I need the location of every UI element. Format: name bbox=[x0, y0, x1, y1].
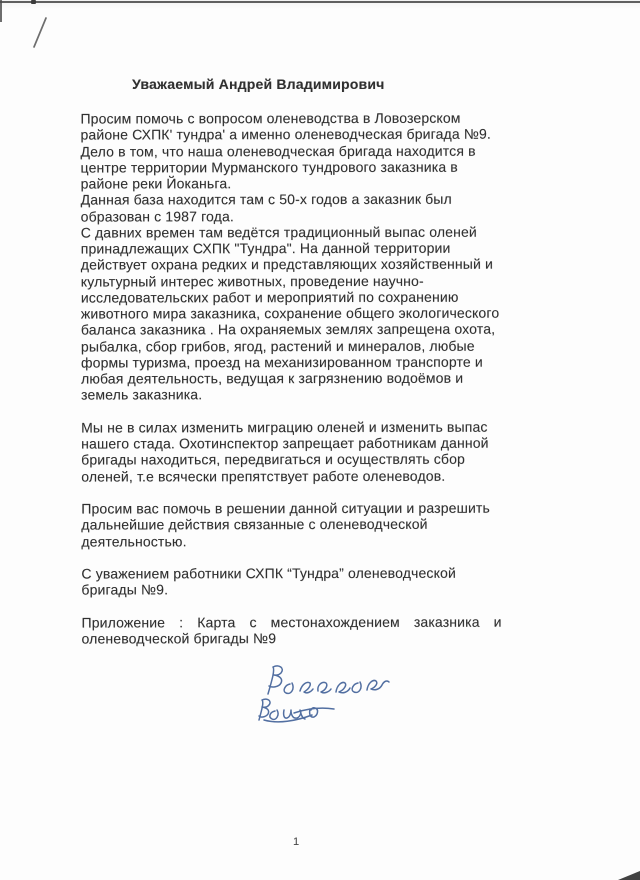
text-line: дальнейшие действия связанные с оленевод… bbox=[81, 516, 567, 533]
text-line: рыбалка, сбор грибов, ягод, растений и м… bbox=[81, 337, 567, 354]
signature-ink-strokes bbox=[254, 662, 404, 732]
paragraph: Приложение : Карта с местонахождением за… bbox=[81, 613, 567, 647]
text-line: земель заказника. bbox=[81, 386, 567, 403]
text-line: любая деятельность, ведущая к загрязнени… bbox=[81, 369, 567, 386]
text-line: культурный интерес животных, проведение … bbox=[81, 272, 567, 289]
text-line: С давних времен там ведётся традиционный… bbox=[81, 223, 567, 240]
pen-check-mark bbox=[0, 0, 70, 70]
page-number: 1 bbox=[289, 836, 303, 848]
salutation: Уважаемый Андрей Владимирович bbox=[132, 76, 384, 92]
text-line: нашего стада. Охотинспектор запрещает ра… bbox=[81, 434, 567, 451]
text-line: принадлежащих СХПК "Тундра". На данной т… bbox=[81, 239, 567, 256]
text-line: оленеводческой бригады №9 bbox=[82, 629, 568, 646]
text-line: действует охрана редких и представляющих… bbox=[81, 256, 567, 273]
paragraph: Просим вас помочь в решении данной ситуа… bbox=[81, 499, 567, 549]
scan-artifact-top-edge bbox=[0, 1, 640, 3]
text-line: Данная база находится там с 50-х годов а… bbox=[81, 191, 567, 208]
text-line: центре территории Мурманского тундрового… bbox=[81, 158, 567, 175]
text-line: исследовательских работ и мероприятий по… bbox=[81, 288, 567, 305]
text-line: деятельностью. bbox=[81, 532, 567, 549]
text-line: формы туризма, проезд на механизированно… bbox=[81, 353, 567, 370]
text-line: Просим вас помочь в решении данной ситуа… bbox=[81, 499, 567, 516]
text-line: Приложение : Карта с местонахождением за… bbox=[81, 613, 567, 630]
scanned-letter-page: Уважаемый Андрей Владимирович Просим пом… bbox=[0, 0, 640, 880]
text-line: бригады находиться, передвигаться и осущ… bbox=[81, 451, 567, 468]
text-line: С уважением работники СХПК “Тундра” олен… bbox=[81, 564, 567, 581]
paragraph: С уважением работники СХПК “Тундра” олен… bbox=[81, 564, 567, 598]
text-line: Дело в том, что наша оленеводческая бриг… bbox=[80, 142, 566, 159]
text-line: Мы не в силах изменить миграцию оленей и… bbox=[81, 418, 567, 435]
text-line: образован с 1987 года. bbox=[81, 207, 567, 224]
handwritten-signature: Богеров Боцв bbox=[254, 662, 404, 732]
letter-body: Просим помочь с вопросом оленеводства в … bbox=[80, 109, 567, 663]
paragraph: Мы не в силах изменить миграцию оленей и… bbox=[81, 418, 567, 484]
text-line: животного мира заказника, сохранение общ… bbox=[81, 304, 567, 321]
text-line: бригады №9. bbox=[81, 581, 567, 598]
paragraph: Просим помочь с вопросом оленеводства в … bbox=[80, 109, 567, 403]
text-line: баланса заказника . На охраняемых землях… bbox=[81, 321, 567, 338]
text-line: оленей, т.е всячески препятствует работе… bbox=[81, 467, 567, 484]
text-line: районе реки Йоканьга. bbox=[81, 174, 567, 191]
text-line: Просим помочь с вопросом оленеводства в … bbox=[80, 109, 566, 126]
text-line: районе СХПК' тундра' а именно оленеводче… bbox=[80, 126, 566, 143]
